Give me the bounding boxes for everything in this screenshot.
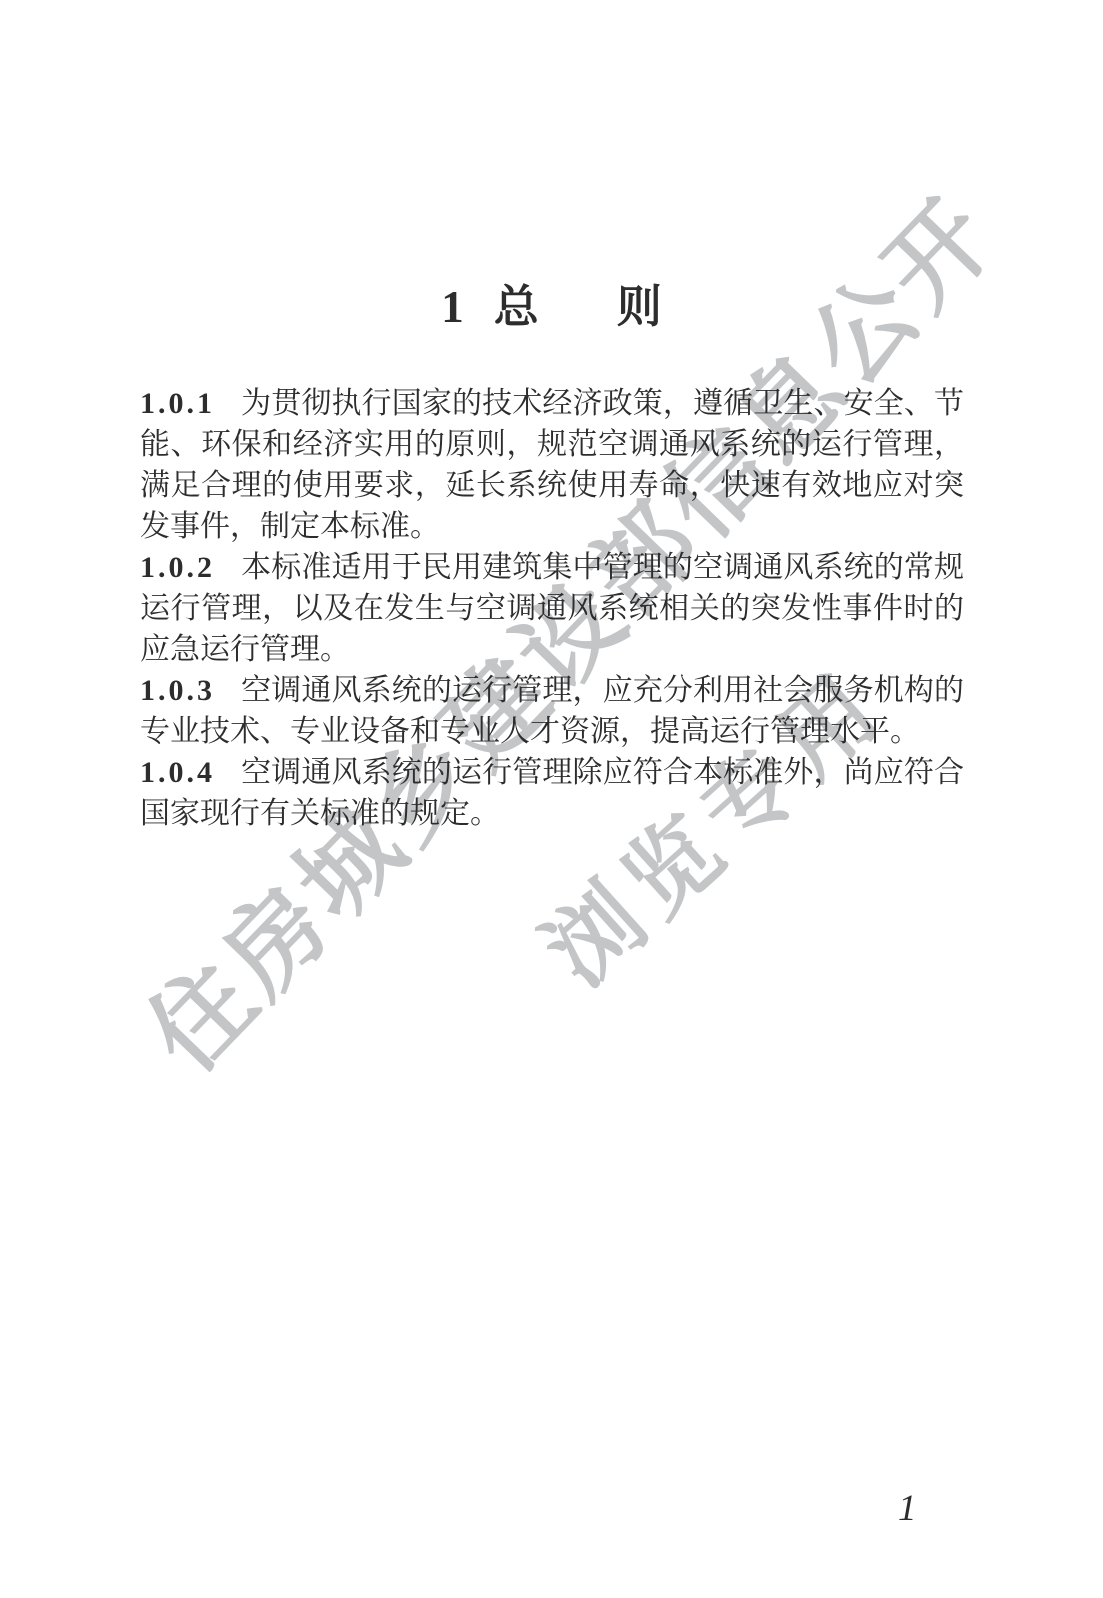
chapter-number: 1 <box>441 282 464 332</box>
clause-1-0-2: 1.0.2本标准适用于民用建筑集中管理的空调通风系统的常规运行管理，以及在发生与… <box>140 547 964 670</box>
clause-number: 1.0.1 <box>140 387 215 420</box>
clause-number: 1.0.3 <box>140 674 215 707</box>
clause-text: 空调通风系统的运行管理，应充分利用社会服务机构的专业技术、专业设备和专业人才资源… <box>140 674 964 748</box>
clause-number: 1.0.4 <box>140 756 215 789</box>
page-content: 1总则 1.0.1为贯彻执行国家的技术经济政策，遵循卫生、安全、节能、环保和经济… <box>0 0 1103 1598</box>
chapter-title: 1总则 <box>0 270 1103 335</box>
clause-1-0-3: 1.0.3空调通风系统的运行管理，应充分利用社会服务机构的专业技术、专业设备和专… <box>140 670 964 752</box>
clauses-section: 1.0.1为贯彻执行国家的技术经济政策，遵循卫生、安全、节能、环保和经济实用的原… <box>140 383 964 834</box>
page-number: 1 <box>898 1487 917 1530</box>
document-page: 住房城乡建设部信息公开 浏览专用 1总则 1.0.1为贯彻执行国家的技术经济政策… <box>0 0 1103 1598</box>
clause-text: 本标准适用于民用建筑集中管理的空调通风系统的常规运行管理，以及在发生与空调通风系… <box>140 551 964 666</box>
clause-text: 空调通风系统的运行管理除应符合本标准外，尚应符合国家现行有关标准的规定。 <box>140 756 964 830</box>
clause-number: 1.0.2 <box>140 551 215 584</box>
chapter-title-word-2: 则 <box>617 282 662 332</box>
clause-text: 为贯彻执行国家的技术经济政策，遵循卫生、安全、节能、环保和经济实用的原则，规范空… <box>140 387 964 543</box>
chapter-title-word-1: 总 <box>494 282 539 332</box>
clause-1-0-4: 1.0.4空调通风系统的运行管理除应符合本标准外，尚应符合国家现行有关标准的规定… <box>140 752 964 834</box>
clause-1-0-1: 1.0.1为贯彻执行国家的技术经济政策，遵循卫生、安全、节能、环保和经济实用的原… <box>140 383 964 547</box>
